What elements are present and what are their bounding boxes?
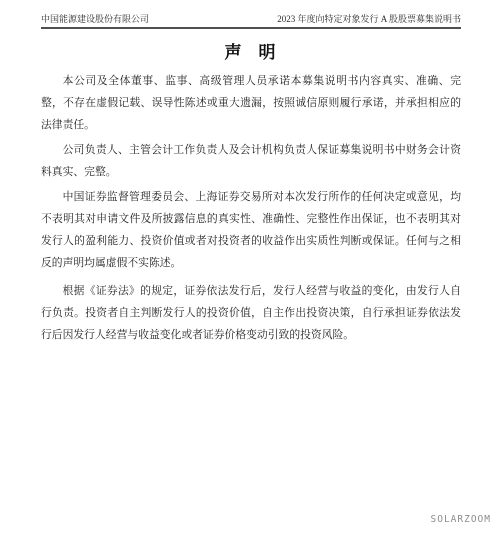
document-body: 本公司及全体董事、监事、高级管理人员承诺本募集说明书内容真实、准确、完整，不存在… [41, 70, 461, 349]
header-rule [41, 27, 461, 29]
document-page: 中国能源建设股份有限公司 2023 年度向特定对象发行 A 股股票募集说明书 声… [0, 0, 500, 543]
page-title: 声 明 [0, 44, 500, 61]
header-company-name: 中国能源建设股份有限公司 [41, 12, 149, 25]
page-header: 中国能源建设股份有限公司 2023 年度向特定对象发行 A 股股票募集说明书 [41, 12, 461, 25]
declaration-paragraph-4: 根据《证券法》的规定，证券依法发行后，发行人经营与收益的变化，由发行人自行负责。… [41, 280, 461, 346]
solarzoom-watermark: SOLARZOOM [431, 514, 491, 525]
header-document-name: 2023 年度向特定对象发行 A 股股票募集说明书 [277, 12, 461, 25]
declaration-paragraph-1: 本公司及全体董事、监事、高级管理人员承诺本募集说明书内容真实、准确、完整，不存在… [41, 70, 461, 136]
declaration-paragraph-3: 中国证券监督管理委员会、上海证券交易所对本次发行所作的任何决定或意见，均不表明其… [41, 186, 461, 274]
declaration-paragraph-2: 公司负责人、主管会计工作负责人及会计机构负责人保证募集说明书中财务会计资料真实、… [41, 139, 461, 183]
